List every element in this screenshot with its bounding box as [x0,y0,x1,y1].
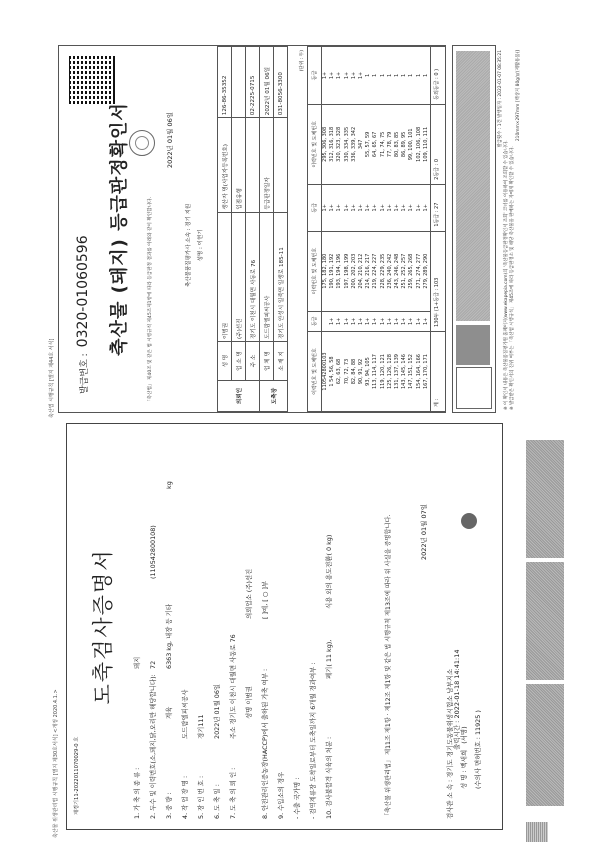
totals-row: 계 : 130두 (1+등급 : 103 1등급 : 27 2등급 : 0 등외… [431,47,446,412]
signature-block: 검사관 소 속 : 경기도 경기도동물위생시험소 남부지소 성 명 : 백새희 … [443,429,485,819]
redacted-box [456,325,490,365]
signer: 성명 : 이현기 [196,204,204,287]
carcass-numbers: 190, 191, 192 [329,231,336,311]
info-key: 입점유형 [232,118,246,212]
paper-spec: 210mm×297mm [백상지 80g/㎡(재활용품)] [516,50,522,410]
info-key: 성 명 [218,342,232,381]
processor-section: 도축장 [260,381,288,412]
grade-cell: 1 [401,47,408,105]
item-value: 경기111 [193,714,209,739]
item-label: - 검역계류장 도착일로부터 도축일까지 6개월 경과여부 : [305,749,321,819]
item-label: 4. 작 업 장 명 : [177,749,193,819]
license-end: ) [474,710,482,713]
column-header: 이력번호 및 도체번호 [308,104,322,184]
totals-count: 130두 (1+등급 : 103 [431,231,446,331]
grade-cell: 1+ [329,311,336,331]
totals-out-grade: 등외등급 : 0 [434,72,440,99]
carcass-numbers: 71, 74, 75 [380,104,387,184]
item-label: 8. 안전관리인증농장(HACCP)에서 출하된 가축 여부 : [257,749,273,819]
carcass-numbers: 119, 120, 121 [380,332,387,412]
grade-cell: 1+ [329,47,336,105]
list-item: 9. 수입소의 경우 [273,429,289,819]
item-value: 돼지 [129,657,145,669]
table-row: 1 54, 56, 581+190, 191, 1921+312, 316, 3… [329,47,336,412]
grade-cell: 1 [380,47,387,105]
grade-cell: 1+ [336,311,343,331]
item-label: 7. 도 축 의 뢰 인 : [225,749,241,819]
carcass-numbers: 175, 182, 180 [322,231,330,311]
table-row: 113, 114, 1171+219, 224, 2271+64, 65, 67… [372,47,379,412]
carcass-numbers: 1 54, 56, 58 [329,332,336,412]
carcass-numbers: 243, 246, 248 [394,231,401,311]
blank-box [456,367,492,409]
item-label: - 수출 국가명 : [289,749,305,819]
grade-cell: 1+ [416,184,423,231]
table-row: 147, 151, 1521+259, 265, 2681+99, 100, 1… [408,47,415,412]
carcass-numbers: 214, 216, 217 [365,231,372,311]
carcass-numbers: 109, 110, 111 [423,104,431,184]
affiliation-label: 검사관 소 속 : [446,780,454,819]
grade-cell: 1+ [380,311,387,331]
grade-cell: 1+ [387,184,394,231]
item-label: 3. 중 량 : [161,749,177,819]
carcass-numbers: 193, 194, 196 [336,231,343,311]
carcass-numbers: 236, 240, 242 [387,231,394,311]
seal-label: (서명) [460,726,468,743]
issue-number-value: 0320-01060596 [75,235,91,347]
table-row: 154, 164, 1661+271, 274, 2771+102, 106, … [416,47,423,412]
grade-cell: 1+ [365,184,372,231]
info-value: 도드람엘피씨공사 [260,212,274,341]
certificate-date: 2022년 01월 06일 [165,112,174,168]
grade-cell: 1+ [351,184,358,231]
item-value: 72 [145,661,161,669]
list-item: 6. 도 축 일 :2022년 01월 06일 [209,429,225,819]
grade-cell: 1+ [380,184,387,231]
grade-cell: 1 [372,47,379,105]
carcass-numbers: 154, 164, 166 [416,332,423,412]
legal-text: 「축산물 위생관리법」 제11조 제1항 · 제12조 제1항 및 같은 법 시… [383,429,394,819]
item-label: 6. 도 축 일 : [209,749,225,819]
carcass-numbers: 200, 202, 203 [351,231,358,311]
info-table: 의뢰인 성 명 이범권 생산자 명(사업자등록번호) 126-86-35352 … [217,46,288,412]
grade-table: 이력번호 및 도체번호 등급 이력번호 및 도체번호 등급 이력번호 및 도체번… [307,46,445,412]
item-label: 5. 장 인 번 호 : [193,749,209,819]
notice-text: 「축산법」 제40조 및 같은 법 시행규칙 제45조제1항에 따라 등급판정 … [147,197,153,404]
carcass-numbers: 125, 126, 128 [387,332,394,412]
carcass-numbers: 93, 94, 105 [365,332,372,412]
redacted-strips [526,440,566,842]
grade-cell: 1+ [329,184,336,231]
certificate-frame: 제경기11-2022011070029-0 호 도축검사증명서 1. 가 축 의… [66,423,503,830]
item-value: 2022년 01월 06일 [209,684,225,739]
carcass-numbers: 279, 289, 290 [423,231,431,311]
carcass-numbers: 271, 274, 277 [416,231,423,311]
carcass-numbers: 228, 229, 235 [380,231,387,311]
redacted-box [456,51,490,321]
carcass-numbers: 77, 78, 79 [387,104,394,184]
grade-cell: 1+ [358,184,365,231]
issuer-block: 축산물품질평가사 소속 : 경기 지원 성명 : 이현기 [184,204,208,287]
grade-cell: 1+ [336,184,343,231]
table-row: 167, 170, 1711+279, 289, 2901+109, 110, … [423,47,431,412]
info-value: 031-8056-3300 [274,47,288,118]
grade-cell: 1+ [344,184,351,231]
grade-cell: 1+ [401,311,408,331]
carcass-numbers: 82, 84, 88 [351,332,358,412]
grade-cell: 1+ [336,47,343,105]
table-row: 93, 94, 1051+214, 216, 2171+55, 57, 591 [365,47,372,412]
grade-cell: 1 [387,47,394,105]
carcass-numbers: 347 [358,104,365,184]
official-stamp-icon [461,513,477,529]
item-value: kg [161,481,177,489]
carcass-numbers: 336, 339, 342 [351,104,358,184]
grade-cell: 1+ [351,47,358,105]
carcass-numbers: 143, 145, 146 [401,332,408,412]
item-list: 1. 가 축 의 종 류 :돼지2. 두수 및 이력번호(소,돼지,닭,오리만 … [129,429,337,819]
list-item: 10. 검사불합격 식육의 처분 :폐기( 11 kg),식용 외의 용도전환(… [321,429,337,819]
grade-cell: 1+ [423,184,431,231]
certificate-frame: 발급번호 :0320-01060596 축산물 (돼지) 등급판정확인서 「축산… [58,45,446,413]
item-value: 도드람엘피씨공사 [177,690,193,739]
grade-cell: 1+ [372,184,379,231]
redacted-box [526,440,564,558]
grade-cell: 1+ [416,311,423,331]
redacted-area [452,45,496,413]
carcass-numbers: 320, 323, 328 [336,104,343,184]
list-item: 3. 중 량 :계육6363 kg, 내장 등 기타kg [161,429,177,819]
print-time-text: 출력시간 : 2022-01-18 14:41:14 [452,650,461,750]
info-value: 02-2225-0715 [246,47,260,118]
grade-cell: 1+ [401,184,408,231]
carcass-numbers: 110542800103 [322,332,330,412]
table-row: 119, 120, 1211+228, 229, 2351+71, 74, 75… [380,47,387,412]
table-row: 90, 91, 921+204, 210, 2121+3471+ [358,47,365,412]
item-label: 1. 가 축 의 종 류 : [129,749,145,819]
grade-cell: 1+ [387,311,394,331]
grade-cell: 1+ [394,184,401,231]
unit-label: (단위 : 두) [299,50,305,71]
info-key: 업 체 명 [260,342,274,381]
list-item: - 수출 국가명 : [289,429,305,819]
grade-cell: 1 [365,47,372,105]
item-label: 9. 수입소의 경우 [273,749,289,819]
info-key: 업 소 명 [232,342,246,381]
item-value: 주소 경기도 이천시 대월면 사동로 76 [225,634,241,739]
footer-notes: 발급횟수 : 1건 발행일자 : 2022-01-07 08:35:21 ※ 이… [498,50,522,410]
grade-cell: 1+ [408,311,415,331]
item-label: 10. 검사불합격 식육의 처분 : [321,749,337,819]
column-header: 이력번호 및 도체번호 [308,332,322,412]
grade-cell: 1+ [358,311,365,331]
grade-cell: 1+ [344,47,351,105]
column-header: 등급 [308,184,322,231]
table-row: 143, 145, 1461+251, 252, 2571+86, 89, 95… [401,47,408,412]
item-value: 6363 kg, 내장 등 기타 [161,604,177,669]
redacted-box [526,562,564,680]
carcass-numbers: 62, 63, 68 [336,332,343,412]
issue-number: 발급번호 :0320-01060596 [75,235,91,394]
list-item: 5. 장 인 번 호 :경기111 [193,429,209,819]
table-row: 82, 84, 881+200, 202, 2031+336, 339, 342… [351,47,358,412]
form-note: 축산물 위생관리법 시행규칙 [별지 제30호서식] <개정 2020.4.1.… [52,418,60,838]
grade-cell: 1+ [351,311,358,331]
info-value: 경기도 이천시 대월면 사동로 76 [246,212,260,341]
grade-cell: 1+ [408,184,415,231]
carcass-numbers: 86, 89, 95 [401,104,408,184]
document-number: 제경기11-2022011070029-0 호 [73,737,80,815]
grade-cell: 1+ [322,47,330,105]
info-value: 이범권 [218,212,232,341]
info-value [232,47,246,118]
carcass-numbers: 219, 224, 227 [372,231,379,311]
carcass-numbers: 330, 334, 335 [344,104,351,184]
info-value: (주)선진 [232,212,246,341]
carcass-numbers: 259, 265, 268 [408,231,415,311]
carcass-numbers: 64, 65, 67 [372,104,379,184]
column-header: 이력번호 및 도체번호 [308,231,322,311]
carcass-numbers: 147, 151, 152 [408,332,415,412]
table-row: 131, 137, 1391+243, 246, 2481+80, 83, 85… [394,47,401,412]
item-value: 계육 [161,707,177,719]
item-value: [ ]예, [ ○ ]부 [257,581,273,619]
carcass-numbers: 113, 114, 117 [372,332,379,412]
item-value: 식용 외의 용도전환( 0 kg) [321,535,337,609]
table-row: 125, 126, 1281+236, 240, 2421+77, 78, 79… [387,47,394,412]
info-key [246,118,260,212]
carcass-numbers: 90, 91, 92 [358,332,365,412]
list-item: - 검역계류장 도착일로부터 도축일까지 6개월 경과여부 : [305,429,321,819]
table-row: 110542800103175, 182, 1801+295, 306, 308… [322,47,330,412]
totals-grade1: 1등급 : 27 [431,184,446,231]
license-label: (수의사 면허번호 : [474,737,482,789]
certificate-date: 2022년 01월 07일 [419,504,428,560]
grade-cell: 1+ [322,184,330,231]
name-label: 성 명 : [460,770,468,789]
carcass-numbers: 99, 100, 101 [408,104,415,184]
info-value: 126-86-35352 [218,47,232,118]
carcass-numbers: 295, 306, 308 [322,104,330,184]
grade-cell: 1 [394,47,401,105]
print-time: 출력시간 : 2022-01-18 14:41:14 [452,750,552,759]
totals-label: 계 : [431,332,446,412]
table-row: 70, 72, 731+197, 198, 1991+330, 334, 335… [344,47,351,412]
redacted-box [526,684,564,806]
page-title: 축산물 (돼지) 등급판정확인서 [105,46,131,412]
page-title: 도축검사증명서 [87,424,117,829]
info-key [274,118,288,212]
info-key: 주 소 [246,342,260,381]
shipper-section: 의뢰인 [218,381,260,412]
item-value: 폐기( 11 kg), [321,640,337,679]
info-key: 생산자 명(사업자등록번호) [218,118,232,212]
column-header: 등급 [308,311,322,331]
carcass-numbers: 70, 72, 73 [344,332,351,412]
info-key: 소 재 지 [274,342,288,381]
list-item: 7. 도 축 의 뢰 인 :주소 경기도 이천시 대월면 사동로 76 [225,429,241,819]
list-item: 1. 가 축 의 종 류 :돼지 [129,429,145,819]
grade-cell: 1 [423,47,431,105]
inspection-certificate: 축산물 위생관리법 시행규칙 [별지 제30호서식] <개정 2020.4.1.… [52,418,522,838]
carcass-numbers: 197, 198, 199 [344,231,351,311]
list-item: 8. 안전관리인증농장(HACCP)에서 출하된 가축 여부 :[ ]예, [ … [257,429,273,819]
item-label: 2. 두수 및 이력번호(소,돼지,닭,오리만 해당합니다): [145,749,161,819]
info-key: 등급판정일자 [260,118,274,212]
list-item: 성명 이범권의뢰업소 (주)선진 [241,429,257,819]
grade-cell: 1 [416,47,423,105]
list-item: 4. 작 업 장 명 :도드람엘피씨공사 [177,429,193,819]
info-value: 경기도 안성시 일죽면 일생로 185-11 [274,212,288,341]
form-note: 축산법 시행규칙 [별지 제44호 서식] [48,42,56,418]
grade-cell: 1+ [423,311,431,331]
grade-cell: 1 [408,47,415,105]
totals-grade2: 2등급 : 0 [431,104,446,184]
item-value: 성명 이범권 [241,686,257,719]
carcass-numbers: 102, 106, 108 [416,104,423,184]
carcass-numbers: 167, 170, 171 [423,332,431,412]
grade-cell: 1+ [394,311,401,331]
grade-cell: 1+ [344,311,351,331]
grade-cell: 1+ [372,311,379,331]
barcode-icon [526,822,548,842]
license-number: 11925 [474,715,482,735]
carcass-numbers: 131, 137, 139 [394,332,401,412]
issue-label: 발급번호 : [80,353,90,394]
grade-cell: 1+ [358,47,365,105]
carcass-numbers: 251, 252, 257 [401,231,408,311]
grade-cell: 1+ [365,311,372,331]
item-value: 의뢰업소 (주)선진 [241,569,257,619]
issuer: 축산물품질평가사 소속 : 경기 지원 [184,204,192,287]
seal-icon [129,130,155,156]
table-row: 62, 63, 681+193, 194, 1961+320, 323, 328… [336,47,343,412]
carcass-numbers: 204, 210, 212 [358,231,365,311]
column-header: 등급 [308,47,322,105]
list-item: 2. 두수 및 이력번호(소,돼지,닭,오리만 해당합니다):72(110542… [145,429,161,819]
grading-certificate: 축산법 시행규칙 [별지 제44호 서식] 발급번호 :0320-0106059… [48,42,558,418]
carcass-numbers: 312, 316, 318 [329,104,336,184]
info-value: 2022년 01월 06일 [260,47,274,118]
grade-cell [322,311,330,331]
item-value: (110542800108) [145,525,161,579]
totals-end: ) [434,69,440,71]
carcass-numbers: 55, 57, 59 [365,104,372,184]
carcass-numbers: 80, 83, 85 [394,104,401,184]
